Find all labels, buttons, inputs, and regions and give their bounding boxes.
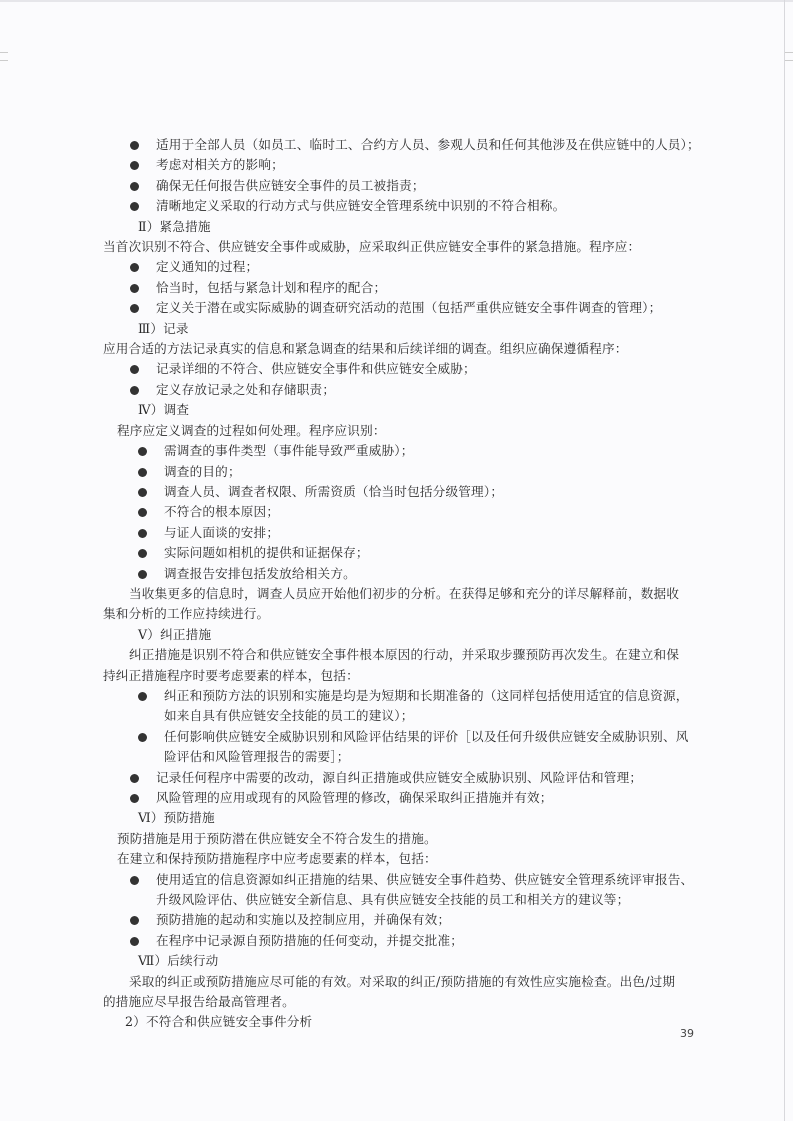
- section-heading: Ⅱ）紧急措施: [103, 217, 695, 237]
- bullet-text: 确保无任何报告供应链安全事件的员工被指责；: [156, 178, 425, 193]
- bullet-list-item: 使用适宜的信息资源如纠正措施的结果、供应链安全事件趋势、供应链安全管理系统评审报…: [103, 870, 695, 890]
- bullet-text: 考虑对相关方的影响；: [156, 157, 284, 172]
- bullet-icon: [130, 794, 139, 803]
- bullet-list-item: 实际问题如相机的提供和证据保存；: [103, 543, 695, 563]
- bullet-icon: [130, 182, 139, 191]
- bullet-list-item: 调查报告安排包括发放给相关方。: [103, 564, 695, 584]
- bullet-list-item: 预防措施的起动和实施以及控制应用，并确保有效；: [103, 910, 695, 930]
- bullet-icon: [138, 570, 147, 579]
- bullet-text: 定义关于潜在或实际威胁的调查研究活动的范围（包括严重供应链安全事件调查的管理）；: [156, 300, 661, 315]
- bullet-list-item: 记录详细的不符合、供应链安全事件和供应链安全威胁；: [103, 359, 695, 379]
- bullet-icon: [138, 733, 147, 742]
- page-number: 39: [680, 1027, 694, 1040]
- paragraph: 应用合适的方法记录真实的信息和紧急调查的结果和后续详细的调查。组织应确保遵循程序…: [103, 339, 695, 359]
- bullet-list-item: 清晰地定义采取的行动方式与供应链安全管理系统中识别的不符合相称。: [103, 196, 695, 216]
- bullet-list-item: 与证人面谈的安排；: [103, 523, 695, 543]
- bullet-icon: [130, 202, 139, 211]
- bullet-continuation-line: 如来自具有供应链安全技能的员工的建议）；: [103, 706, 695, 726]
- bullet-text: 使用适宜的信息资源如纠正措施的结果、供应链安全事件趋势、供应链安全管理系统评审报…: [156, 872, 693, 887]
- paragraph: 在建立和保持预防措施程序中应考虑要素的样本，包括：: [103, 849, 695, 869]
- binding-mark-left-2: [0, 60, 8, 61]
- bullet-icon: [130, 365, 139, 374]
- bullet-list-item: 定义关于潜在或实际威胁的调查研究活动的范围（包括严重供应链安全事件调查的管理）；: [103, 298, 695, 318]
- paragraph: 的措施应尽早报告给最高管理者。: [103, 992, 695, 1012]
- bullet-list-item: 适用于全部人员（如员工、临时工、合约方人员、参观人员和任何其他涉及在供应链中的人…: [103, 135, 695, 155]
- bullet-icon: [138, 468, 147, 477]
- bullet-icon: [130, 284, 139, 293]
- bullet-icon: [138, 549, 147, 558]
- bullet-icon: [138, 692, 147, 701]
- section-heading: Ⅲ）记录: [103, 319, 695, 339]
- bullet-icon: [130, 916, 139, 925]
- paragraph-first-line: 当收集更多的信息时，调查人员应开始他们初步的分析。在获得足够和充分的详尽解释前，…: [103, 584, 695, 604]
- bullet-text: 不符合的根本原因；: [156, 504, 279, 519]
- bullet-text: 调查的目的；: [156, 464, 241, 479]
- bullet-list-item: 风险管理的应用或现有的风险管理的修改，确保采取纠正措施并有效；: [103, 788, 695, 808]
- bullet-text: 定义存放记录之处和存储职责；: [156, 382, 335, 397]
- paragraph-first-line: 采取的纠正或预防措施应尽可能的有效。对采取的纠正/预防措施的有效性应实施检查。出…: [103, 972, 695, 992]
- bullet-icon: [130, 141, 139, 150]
- paragraph: 持纠正措施程序时要考虑要素的样本，包括：: [103, 666, 695, 686]
- page-top-edge: [0, 0, 793, 2]
- binding-mark-right-2: [785, 60, 793, 61]
- bullet-icon: [130, 304, 139, 313]
- bullet-text: 需调查的事件类型（事件能导致严重威胁）；: [156, 443, 414, 458]
- bullet-text: 实际问题如相机的提供和证据保存；: [156, 545, 369, 560]
- bullet-list-item: 调查的目的；: [103, 462, 695, 482]
- paragraph: 集和分析的工作应持续进行。: [103, 604, 695, 624]
- bullet-text: 适用于全部人员（如员工、临时工、合约方人员、参观人员和任何其他涉及在供应链中的人…: [156, 137, 700, 152]
- bullet-icon: [130, 937, 139, 946]
- bullet-icon: [130, 774, 139, 783]
- bullet-list-item: 确保无任何报告供应链安全事件的员工被指责；: [103, 176, 695, 196]
- bullet-text: 任何影响供应链安全威胁识别和风险评估结果的评价［以及任何升级供应链安全威胁识别、…: [156, 729, 689, 744]
- bullet-text: 如来自具有供应链安全技能的员工的建议）；: [156, 708, 414, 723]
- binding-mark-left: [0, 52, 8, 53]
- page-right-edge: [784, 0, 785, 1121]
- bullet-text: 记录任何程序中需要的改动，源自纠正措施或供应链安全威胁识别、风险评估和管理；: [156, 770, 642, 785]
- section-heading: Ⅳ）调查: [103, 400, 695, 420]
- paragraph: 当首次识别不符合、供应链安全事件或威胁，应采取纠正供应链安全事件的紧急措施。程序…: [103, 237, 695, 257]
- bullet-text: 纠正和预防方法的识别和实施是均是为短期和长期准备的（这同样包括使用适宜的信息资源…: [156, 688, 689, 703]
- bullet-icon: [130, 876, 139, 885]
- bullet-text: 记录详细的不符合、供应链安全事件和供应链安全威胁；: [156, 361, 476, 376]
- bullet-text: 风险管理的应用或现有的风险管理的修改，确保采取纠正措施并有效；: [156, 790, 553, 805]
- binding-mark-right: [785, 52, 793, 53]
- bullet-list-item: 任何影响供应链安全威胁识别和风险评估结果的评价［以及任何升级供应链安全威胁识别、…: [103, 727, 695, 747]
- bullet-text: 与证人面谈的安排；: [156, 525, 279, 540]
- section-heading: Ⅵ）预防措施: [103, 808, 695, 828]
- bullet-icon: [138, 488, 147, 497]
- bullet-text: 在程序中记录源自预防措施的任何变动，并提交批准；: [156, 933, 463, 948]
- document-body: 适用于全部人员（如员工、临时工、合约方人员、参观人员和任何其他涉及在供应链中的人…: [103, 135, 695, 1033]
- paragraph: 程序应定义调查的过程如何处理。程序应识别：: [103, 421, 695, 441]
- paragraph-first-line: 纠正措施是识别不符合和供应链安全事件根本原因的行动，并采取步骤预防再次发生。在建…: [103, 645, 695, 665]
- bullet-text: 险评估和风险管理报告的需要］；: [156, 749, 350, 764]
- bullet-text: 调查报告安排包括发放给相关方。: [156, 566, 356, 581]
- bullet-list-item: 调查人员、调查者权限、所需资质（恰当时包括分级管理）；: [103, 482, 695, 502]
- paragraph: 预防措施是用于预防潜在供应链安全不符合发生的措施。: [103, 829, 695, 849]
- bullet-icon: [138, 508, 147, 517]
- bullet-list-item: 定义存放记录之处和存储职责；: [103, 380, 695, 400]
- bullet-icon: [138, 529, 147, 538]
- bullet-text: 升级风险评估、供应链安全新信息、具有供应链安全技能的员工和相关方的建议等；: [156, 892, 629, 907]
- bullet-continuation-line: 险评估和风险管理报告的需要］；: [103, 747, 695, 767]
- bullet-icon: [138, 447, 147, 456]
- bullet-list-item: 需调查的事件类型（事件能导致严重威胁）；: [103, 441, 695, 461]
- bullet-list-item: 记录任何程序中需要的改动，源自纠正措施或供应链安全威胁识别、风险评估和管理；: [103, 768, 695, 788]
- bullet-list-item: 纠正和预防方法的识别和实施是均是为短期和长期准备的（这同样包括使用适宜的信息资源…: [103, 686, 695, 706]
- bullet-text: 恰当时，包括与紧急计划和程序的配合；: [156, 280, 386, 295]
- bullet-continuation-line: 升级风险评估、供应链安全新信息、具有供应链安全技能的员工和相关方的建议等；: [103, 890, 695, 910]
- bullet-text: 清晰地定义采取的行动方式与供应链安全管理系统中识别的不符合相称。: [156, 198, 565, 213]
- bullet-text: 调查人员、调查者权限、所需资质（恰当时包括分级管理）；: [156, 484, 503, 499]
- bullet-text: 定义通知的过程；: [156, 259, 258, 274]
- bullet-icon: [130, 263, 139, 272]
- subsection-heading: 2）不符合和供应链安全事件分析: [103, 1012, 695, 1032]
- bullet-list-item: 在程序中记录源自预防措施的任何变动，并提交批准；: [103, 931, 695, 951]
- bullet-list-item: 定义通知的过程；: [103, 257, 695, 277]
- bullet-list-item: 恰当时，包括与紧急计划和程序的配合；: [103, 278, 695, 298]
- bullet-icon: [130, 161, 139, 170]
- bullet-icon: [130, 386, 139, 395]
- bullet-list-item: 考虑对相关方的影响；: [103, 155, 695, 175]
- bullet-list-item: 不符合的根本原因；: [103, 502, 695, 522]
- section-heading: Ⅶ）后续行动: [103, 951, 695, 971]
- section-heading: Ⅴ）纠正措施: [103, 625, 695, 645]
- bullet-text: 预防措施的起动和实施以及控制应用，并确保有效；: [156, 912, 450, 927]
